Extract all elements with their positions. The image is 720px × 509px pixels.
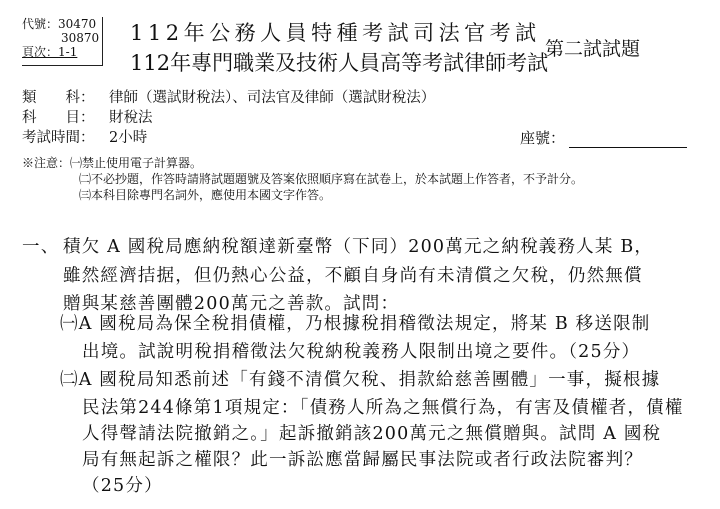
category-value: 律師（選試財稅法）、司法官及律師（選試財稅法） <box>109 90 435 106</box>
subquestion-2-line5: （25分） <box>82 472 163 497</box>
subject-row: 科 目：財稅法 <box>22 106 153 127</box>
seat-blank-line <box>569 133 687 148</box>
subject-label: 科 目： <box>22 106 109 127</box>
page-number: 1-1 <box>58 45 77 59</box>
exam-code-2: 30870 <box>22 31 102 45</box>
time-value: 2小時 <box>109 130 147 146</box>
exam-code-1: 30470 <box>58 17 96 31</box>
exam-title-line1: 112年公務人員特種考試司法官考試 <box>130 17 541 47</box>
seat-label: 座號： <box>520 129 565 147</box>
exam-stage-title: 第二試試題 <box>545 34 640 61</box>
category-label: 類 科： <box>22 86 109 107</box>
notes-block: ※注意：㈠禁止使用電子計算器。 ㈡不必抄題，作答時請將試題題號及答案依照順序寫在… <box>22 155 583 203</box>
note-item-3: ㈢本科目除專門名詞外，應使用本國文字作答。 <box>22 187 583 203</box>
subject-value: 財稅法 <box>109 110 153 126</box>
question-number: 一、 <box>22 233 59 258</box>
question-stem-line2: 雖然經濟拮据，但仍熱心公益，不顧自身尚有未清償之欠稅，仍然無償 <box>63 262 643 287</box>
code-row: 代號：30470 <box>22 17 102 31</box>
subquestion-2-line1: ㈡A 國稅局知悉前述「有錢不清償欠稅、捐款給慈善團體」一事，擬根據 <box>60 366 660 391</box>
subquestion-1-line2: 出境。試說明稅捐稽徵法欠稅納稅義務人限制出境之要件。（25分） <box>82 338 640 363</box>
exam-code-box: 代號：30470 30870 頁次：1-1 <box>22 17 103 66</box>
subquestion-1-line1: ㈠A 國稅局為保全稅捐債權，乃根據稅捐稽徵法規定，將某 B 移送限制 <box>60 310 650 335</box>
subquestion-2-line3: 人得聲請法院撤銷之。」起訴撤銷該200萬元之無償贈與。試問 A 國稅 <box>82 420 661 445</box>
question-stem-line1: 積欠 A 國稅局應納稅額達新臺幣（下同）200萬元之納稅義務人某 B， <box>63 233 653 258</box>
notes-prefix: ※注意： <box>22 156 70 170</box>
category-row: 類 科：律師（選試財稅法）、司法官及律師（選試財稅法） <box>22 86 435 107</box>
time-row: 考試時間：2小時 <box>22 126 147 147</box>
subquestion-2-line4: 局有無起訴之權限？此一訴訟應當歸屬民事法院或者行政法院審判？ <box>82 446 643 471</box>
note-item-2: ㈡不必抄題，作答時請將試題題號及答案依照順序寫在試卷上，於本試題上作答者，不予計… <box>22 171 583 187</box>
exam-title-line2: 112年專門職業及技術人員高等考試律師考試 <box>130 47 548 77</box>
seat-number-field: 座號： <box>520 127 687 148</box>
page-row: 頁次：1-1 <box>22 45 102 59</box>
subquestion-2-line2: 民法第244條第1項規定：「債務人所為之無償行為，有害及債權者，債權 <box>82 394 684 419</box>
note-item-1: ㈠禁止使用電子計算器。 <box>70 156 202 170</box>
time-label: 考試時間： <box>22 126 109 147</box>
